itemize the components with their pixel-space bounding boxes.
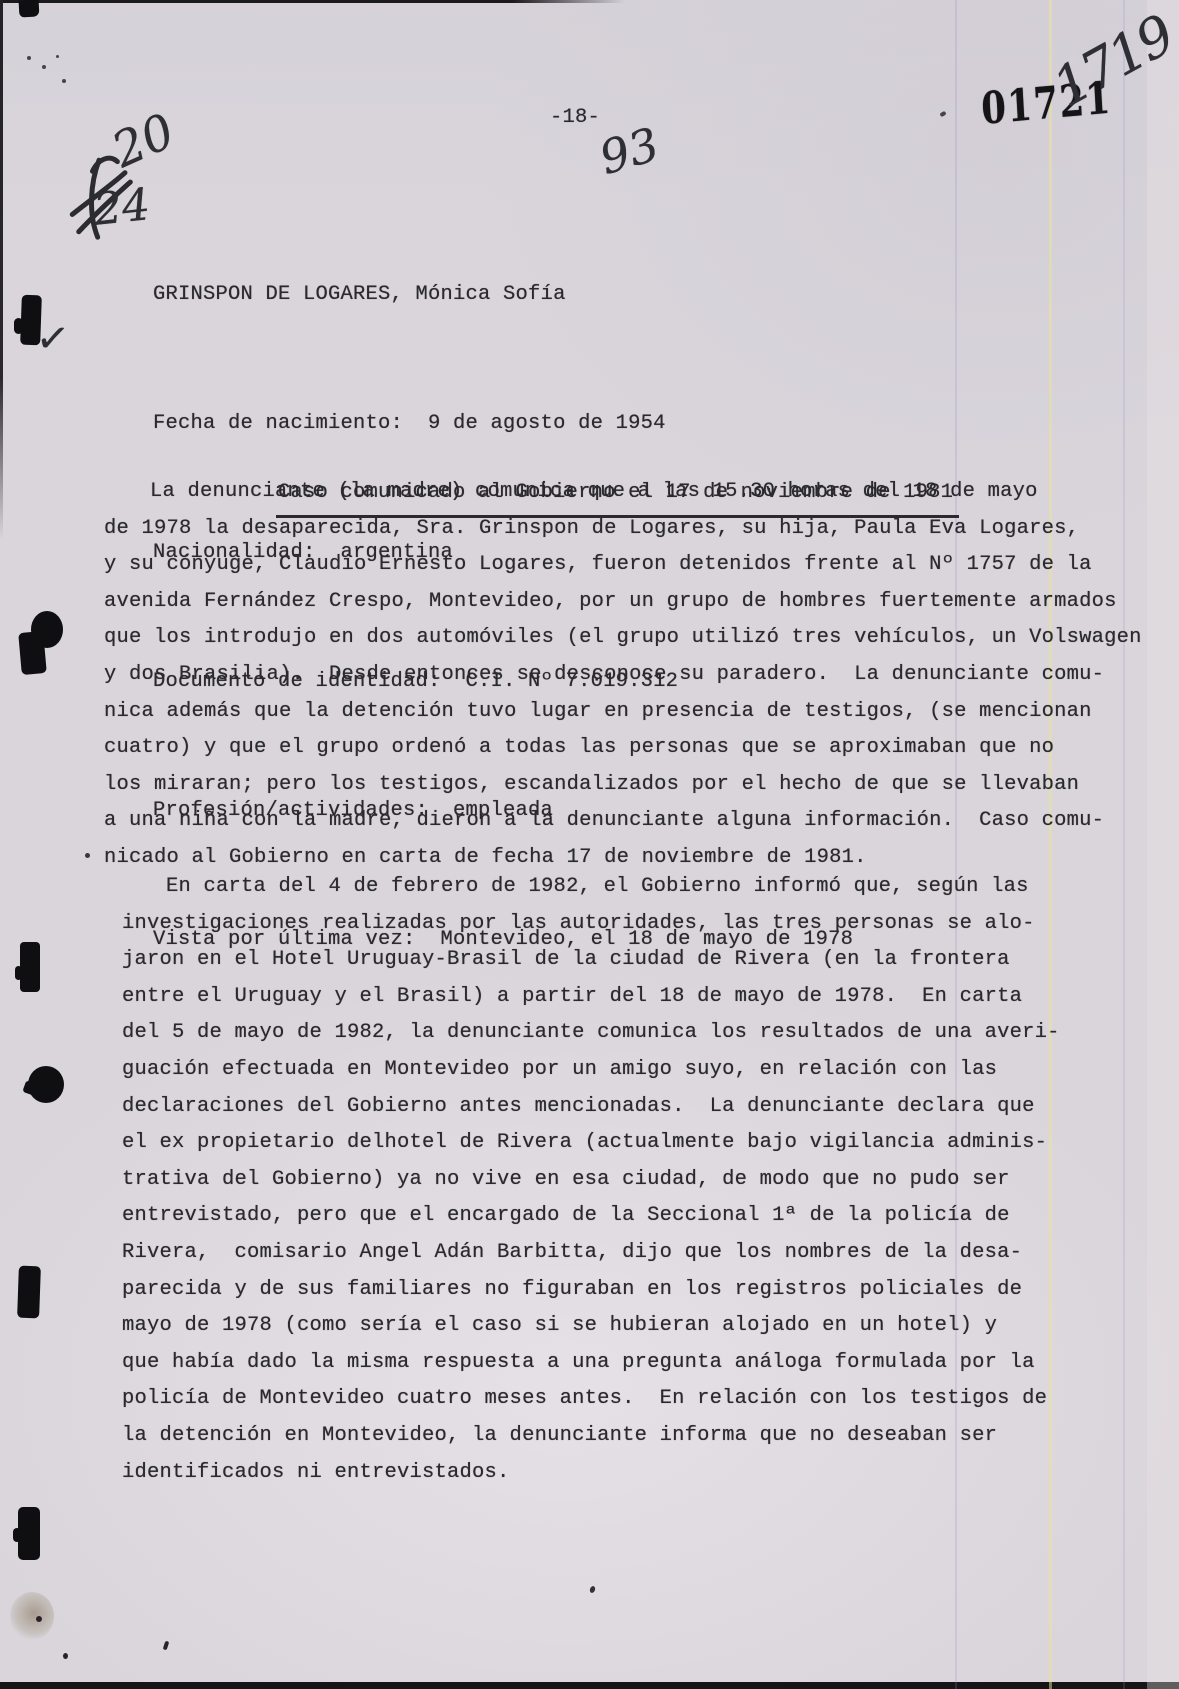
binder-mark-1-nub: [14, 318, 23, 334]
scan-left-edge-line: [0, 0, 3, 540]
ink-speck: [63, 1653, 68, 1659]
scan-right-band: [1147, 0, 1179, 1689]
ink-speck: [589, 1585, 596, 1593]
page-number: -18-: [550, 100, 600, 137]
binder-mark-6: [18, 1507, 40, 1560]
ink-speck: [163, 1641, 170, 1651]
ink-speck: [42, 65, 46, 69]
binder-mark-2-leg: [18, 631, 47, 675]
binder-mark-3-nub: [15, 966, 22, 980]
handwritten-checkmark: ✓: [34, 314, 72, 363]
ink-speck: [27, 56, 31, 60]
scanned-document-page: -18- 01721 1719 93 20 24 ✓ GRINSPON DE L…: [0, 0, 1179, 1689]
record-name: GRINSPON DE LOGARES, Mónica Sofía: [153, 273, 853, 316]
ink-speck: [62, 79, 66, 83]
ink-speck: [939, 111, 946, 117]
binder-mark-5: [17, 1266, 41, 1319]
ink-speck: [85, 853, 90, 858]
scan-bottom-edge-strip: [0, 1682, 1179, 1689]
body-paragraph-2: En carta del 4 de febrero de 1982, el Go…: [122, 869, 1060, 1491]
ink-speck: [56, 55, 59, 58]
handwritten-number-case-index: 24: [91, 179, 152, 236]
scan-top-edge-line: [0, 0, 625, 3]
binder-mark-6-nub: [13, 1528, 21, 1542]
handwritten-number-center: 93: [594, 117, 665, 185]
body-paragraph-1: La denunciante (la madre) comunica que a…: [104, 474, 1142, 877]
paper-stain-smudge: [10, 1592, 54, 1640]
ink-speck: [36, 1616, 42, 1622]
binder-tab-mark-top: [19, 0, 40, 18]
binder-mark-3: [20, 942, 40, 992]
